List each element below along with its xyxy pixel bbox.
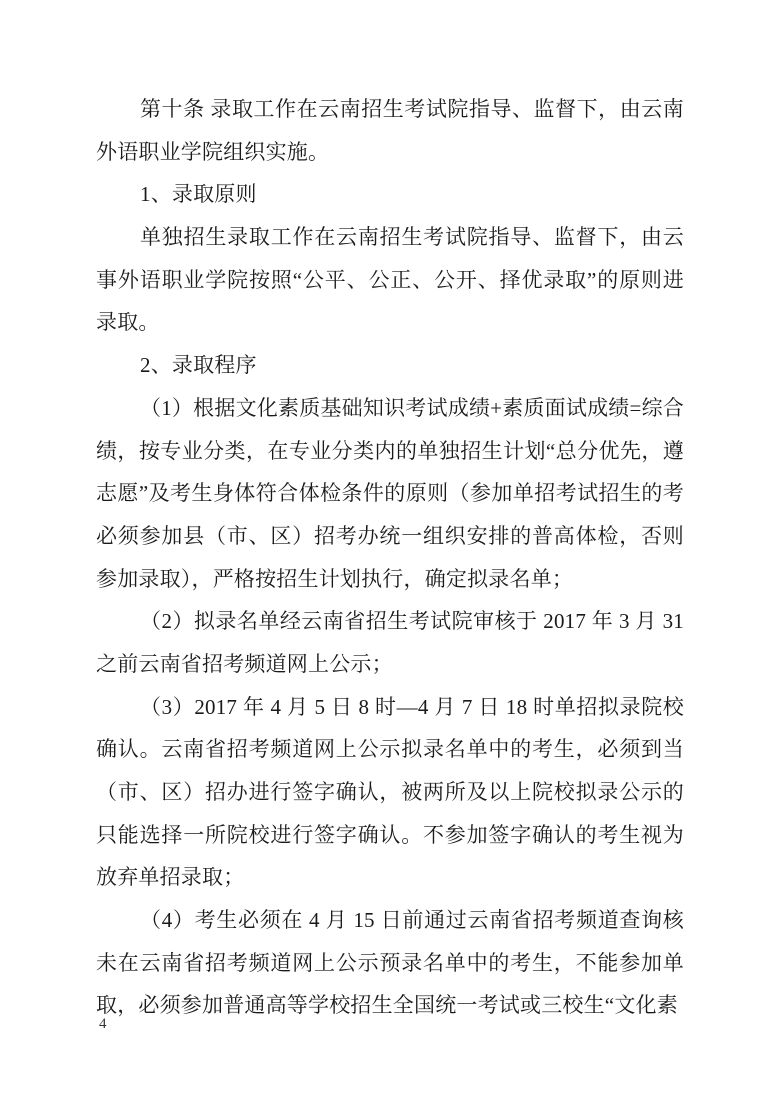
document-page: 第十条 录取工作在云南招生考试院指导、监督下，由云南外事 外语职业学院组织实施。…	[0, 0, 780, 1103]
text-line: 志愿”及考生身体符合体检条件的原则（参加单招考试招生的考生	[96, 472, 684, 515]
text-line: 确认。云南省招考频道网上公示拟录名单中的考生，必须到当地县	[96, 728, 684, 771]
text-line: 外语职业学院组织实施。	[96, 131, 684, 174]
document-body-text: 第十条 录取工作在云南招生考试院指导、监督下，由云南外事 外语职业学院组织实施。…	[96, 88, 684, 1027]
page-number: 4	[99, 1014, 107, 1034]
text-line: 未在云南省招考频道网上公示预录名单中的考生，不能参加单招录	[96, 942, 684, 985]
text-line: 第十条 录取工作在云南招生考试院指导、监督下，由云南外事	[96, 88, 684, 131]
text-line: 事外语职业学院按照“公平、公正、公开、择优录取”的原则进行	[96, 259, 684, 302]
text-line: （2）拟录名单经云南省招生考试院审核于 2017 年 3 月 31 日	[96, 600, 684, 643]
text-line: 必须参加县（市、区）招考办统一组织安排的普高体检，否则不能	[96, 515, 684, 558]
text-line: 只能选择一所院校进行签字确认。不参加签字确认的考生视为自动	[96, 814, 684, 857]
text-line: 单独招生录取工作在云南招生考试院指导、监督下，由云南外	[96, 216, 684, 259]
text-line: 2、录取程序	[96, 344, 684, 387]
text-line: 放弃单招录取；	[96, 856, 684, 899]
text-line: （1）根据文化素质基础知识考试成绩+素质面试成绩=综合成	[96, 387, 684, 430]
text-line: 1、录取原则	[96, 173, 684, 216]
text-line: （3）2017 年 4 月 5 日 8 时—4 月 7 日 18 时单招拟录院校…	[96, 686, 684, 729]
text-line: （市、区）招办进行签字确认，被两所及以上院校拟录公示的考生，	[96, 771, 684, 814]
text-line: 绩，按专业分类，在专业分类内的单独招生计划“总分优先，遵循	[96, 430, 684, 473]
text-line: 取，必须参加普通高等学校招生全国统一考试或三校生“文化素质+	[96, 984, 684, 1027]
text-line: 录取。	[96, 301, 684, 344]
text-line: 参加录取），严格按招生计划执行，确定拟录名单；	[96, 558, 684, 601]
text-line: （4）考生必须在 4 月 15 日前通过云南省招考频道查询核实；	[96, 899, 684, 942]
text-line: 之前云南省招考频道网上公示；	[96, 643, 684, 686]
